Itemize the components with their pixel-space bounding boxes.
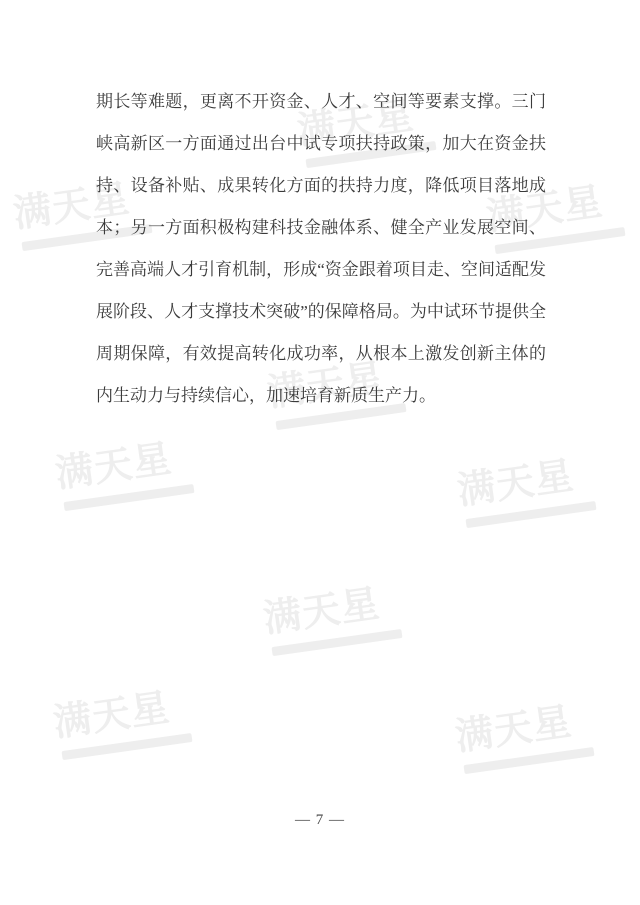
paragraph-line: 持、设备补贴、成果转化方面的扶持力度，降低项目落地成	[96, 165, 546, 207]
paragraph-line: 展阶段、人才支撑技术突破”的保障格局。为中试环节提供全	[96, 291, 546, 333]
paragraph-line: 本；另一方面积极构建科技金融体系、健全产业发展空间、	[96, 207, 546, 249]
page-body-text: 期长等难题，更离不开资金、人才、空间等要素支撑。三门 峡高新区一方面通过出台中试…	[96, 81, 546, 417]
paragraph-line: 期长等难题，更离不开资金、人才、空间等要素支撑。三门	[96, 81, 546, 123]
paragraph-line: 内生动力与持续信心，加速培育新质生产力。	[96, 375, 546, 417]
watermark-text: 满天星	[259, 572, 384, 657]
watermark-text: 满天星	[453, 444, 578, 529]
watermark-text: 满天星	[51, 427, 176, 512]
document-page: 满天星 满天星 满天星 满天星 满天星 满天星 满天星 满天星 满天星 期长等难…	[0, 0, 640, 905]
watermark-text: 满天星	[49, 676, 174, 761]
watermark-text: 满天星	[451, 690, 576, 775]
paragraph-line: 周期保障，有效提高转化成功率，从根本上激发创新主体的	[96, 333, 546, 375]
paragraph-line: 完善高端人才引育机制，形成“资金跟着项目走、空间适配发	[96, 249, 546, 291]
paragraph-line: 峡高新区一方面通过出台中试专项扶持政策，加大在资金扶	[96, 123, 546, 165]
page-number: — 7 —	[0, 812, 640, 829]
